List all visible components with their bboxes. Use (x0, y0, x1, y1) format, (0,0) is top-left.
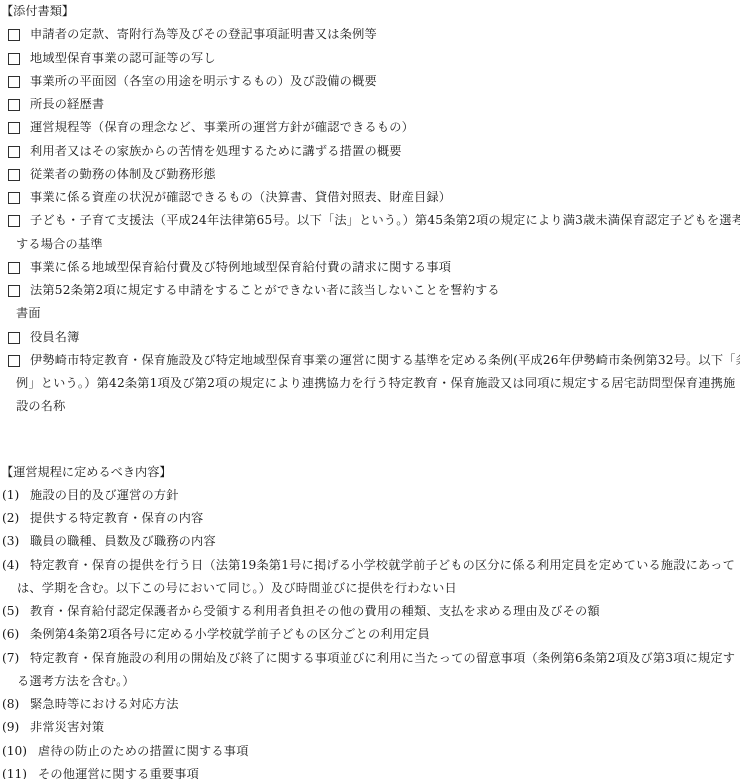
checkbox-icon (8, 262, 20, 274)
checklist-item-text: 設の名称 (16, 399, 66, 413)
checklist-item: 地域型保育事業の認可証等の写し (0, 47, 740, 70)
checklist-item: 法第52条第2項に規定する申請をすることができない者に該当しないことを誓約する (0, 279, 740, 302)
item-number-label: (6) (2, 623, 19, 646)
numbered-list-item: (10)虐待の防止のための措置に関する事項 (0, 740, 740, 763)
checklist-item: 申請者の定款、寄附行為等及びその登記事項証明書又は条例等 (0, 23, 740, 46)
numbered-list-item-text: 施設の目的及び運営の方針 (30, 488, 179, 502)
checklist-item-text: 書面 (16, 306, 41, 320)
checklist-item-text: 役員名簿 (30, 330, 80, 344)
checklist-item-text: 事業所の平面図（各室の用途を明示するもの）及び設備の概要 (30, 74, 377, 88)
checklist-item-text: する場合の基準 (16, 237, 103, 251)
checklist-item-text: 所長の経歴書 (30, 97, 104, 111)
numbered-list-item-text: その他運営に関する重要事項 (38, 767, 199, 779)
checkbox-icon (8, 29, 20, 41)
item-number-label: (7) (2, 647, 19, 670)
checkbox-icon (8, 215, 20, 227)
numbered-list-item-continuation-line: る選考方法を含む。） (0, 670, 740, 693)
numbered-list-item: (4)特定教育・保育の提供を行う日（法第19条第1号に掲げる小学校就学前子どもの… (0, 554, 740, 577)
checklist-item-text: 事業に係る地域型保育給付費及び特例地域型保育給付費の請求に関する事項 (30, 260, 451, 274)
numbered-list-item: (5)教育・保育給付認定保護者から受領する利用者負担その他の費用の種類、支払を求… (0, 600, 740, 623)
checkbox-icon (8, 332, 20, 344)
numbered-list-item-text: 特定教育・保育の提供を行う日（法第19条第1号に掲げる小学校就学前子どもの区分に… (30, 558, 735, 572)
numbered-list-item: (11)その他運営に関する重要事項 (0, 763, 740, 779)
checklist-item-continuation-line: 書面 (0, 302, 740, 325)
checklist-item: 従業者の勤務の体制及び勤務形態 (0, 163, 740, 186)
item-number-label: (10) (2, 740, 27, 763)
checklist-item-continuation-line: する場合の基準 (0, 233, 740, 256)
item-number-label: (9) (2, 716, 19, 739)
checklist-item-text: 申請者の定款、寄附行為等及びその登記事項証明書又は条例等 (30, 27, 377, 41)
checklist-item: 役員名簿 (0, 326, 740, 349)
numbered-list-item-continuation-line: は、学期を含む。以下この号において同じ。）及び時間並びに提供を行わない日 (0, 577, 740, 600)
regulations-heading: 【運営規程に定めるべき内容】 (0, 461, 740, 484)
checkbox-icon (8, 285, 20, 297)
checklist-item: 所長の経歴書 (0, 93, 740, 116)
checklist-item: 事業に係る地域型保育給付費及び特例地域型保育給付費の請求に関する事項 (0, 256, 740, 279)
checkbox-icon (8, 192, 20, 204)
checkbox-icon (8, 76, 20, 88)
numbered-list-item: (6)条例第4条第2項各号に定める小学校就学前子どもの区分ごとの利用定員 (0, 623, 740, 646)
checklist-item: 利用者又はその家族からの苦情を処理するために講ずる措置の概要 (0, 140, 740, 163)
section-gap (0, 419, 740, 461)
numbered-list-item-text: 教育・保育給付認定保護者から受領する利用者負担その他の費用の種類、支払を求める理… (30, 604, 600, 618)
item-number-label: (8) (2, 693, 19, 716)
checklist-item: 運営規程等（保育の理念など、事業所の運営方針が確認できるもの） (0, 116, 740, 139)
regulations-numbered-list: (1)施設の目的及び運営の方針(2)提供する特定教育・保育の内容(3)職員の職種… (0, 484, 740, 779)
checkbox-icon (8, 169, 20, 181)
numbered-list-item-text: 非常災害対策 (30, 720, 104, 734)
checklist-item: 事業所の平面図（各室の用途を明示するもの）及び設備の概要 (0, 70, 740, 93)
numbered-list-item: (3)職員の職種、員数及び職務の内容 (0, 530, 740, 553)
checklist-item-continuation-line: 設の名称 (0, 395, 740, 418)
checklist-item-text: 地域型保育事業の認可証等の写し (30, 51, 216, 65)
numbered-list-item: (2)提供する特定教育・保育の内容 (0, 507, 740, 530)
attachments-heading: 【添付書類】 (0, 0, 740, 23)
checkbox-icon (8, 53, 20, 65)
numbered-list-item: (8)緊急時等における対応方法 (0, 693, 740, 716)
checklist-item-text: 伊勢崎市特定教育・保育施設及び特定地域型保育事業の運営に関する基準を定める条例(… (30, 353, 740, 367)
item-number-label: (1) (2, 484, 19, 507)
checklist-item-text: 例」という。）第42条第1項及び第2項の規定により連携協力を行う特定教育・保育施… (16, 376, 735, 390)
document-page: 【添付書類】 申請者の定款、寄附行為等及びその登記事項証明書又は条例等地域型保育… (0, 0, 740, 779)
checklist-item-text: 事業に係る資産の状況が確認できるもの（決算書、貸借対照表、財産目録） (30, 190, 451, 204)
regulations-section: 【運営規程に定めるべき内容】 (1)施設の目的及び運営の方針(2)提供する特定教… (0, 461, 740, 779)
checkbox-icon (8, 355, 20, 367)
numbered-list-item-text: 提供する特定教育・保育の内容 (30, 511, 203, 525)
checklist-item-text: 子ども・子育て支援法（平成24年法律第65号。以下「法」という。）第45条第2項… (30, 213, 740, 227)
checklist-item-text: 法第52条第2項に規定する申請をすることができない者に該当しないことを誓約する (30, 283, 500, 297)
numbered-list-item-text: 条例第4条第2項各号に定める小学校就学前子どもの区分ごとの利用定員 (30, 627, 430, 641)
attachments-checklist: 申請者の定款、寄附行為等及びその登記事項証明書又は条例等地域型保育事業の認可証等… (0, 23, 740, 418)
numbered-list-item: (9)非常災害対策 (0, 716, 740, 739)
checklist-item: 子ども・子育て支援法（平成24年法律第65号。以下「法」という。）第45条第2項… (0, 209, 740, 232)
item-number-label: (5) (2, 600, 19, 623)
numbered-list-item-text: 虐待の防止のための措置に関する事項 (38, 744, 249, 758)
numbered-list-item-text: る選考方法を含む。） (17, 674, 135, 688)
numbered-list-item-text: は、学期を含む。以下この号において同じ。）及び時間並びに提供を行わない日 (17, 581, 457, 595)
checklist-item-text: 運営規程等（保育の理念など、事業所の運営方針が確認できるもの） (30, 120, 414, 134)
checklist-item: 伊勢崎市特定教育・保育施設及び特定地域型保育事業の運営に関する基準を定める条例(… (0, 349, 740, 372)
checklist-item-continuation-line: 例」という。）第42条第1項及び第2項の規定により連携協力を行う特定教育・保育施… (0, 372, 740, 395)
numbered-list-item-text: 職員の職種、員数及び職務の内容 (30, 534, 216, 548)
numbered-list-item: (7)特定教育・保育施設の利用の開始及び終了に関する事項並びに利用に当たっての留… (0, 647, 740, 670)
numbered-list-item-text: 緊急時等における対応方法 (30, 697, 179, 711)
item-number-label: (11) (2, 763, 27, 779)
item-number-label: (4) (2, 554, 19, 577)
checkbox-icon (8, 99, 20, 111)
item-number-label: (3) (2, 530, 19, 553)
checklist-item-text: 利用者又はその家族からの苦情を処理するために講ずる措置の概要 (30, 144, 402, 158)
checkbox-icon (8, 122, 20, 134)
checklist-item: 事業に係る資産の状況が確認できるもの（決算書、貸借対照表、財産目録） (0, 186, 740, 209)
attachments-section: 【添付書類】 申請者の定款、寄附行為等及びその登記事項証明書又は条例等地域型保育… (0, 0, 740, 419)
checklist-item-text: 従業者の勤務の体制及び勤務形態 (30, 167, 216, 181)
numbered-list-item-text: 特定教育・保育施設の利用の開始及び終了に関する事項並びに利用に当たっての留意事項… (30, 651, 735, 665)
checkbox-icon (8, 146, 20, 158)
numbered-list-item: (1)施設の目的及び運営の方針 (0, 484, 740, 507)
item-number-label: (2) (2, 507, 19, 530)
